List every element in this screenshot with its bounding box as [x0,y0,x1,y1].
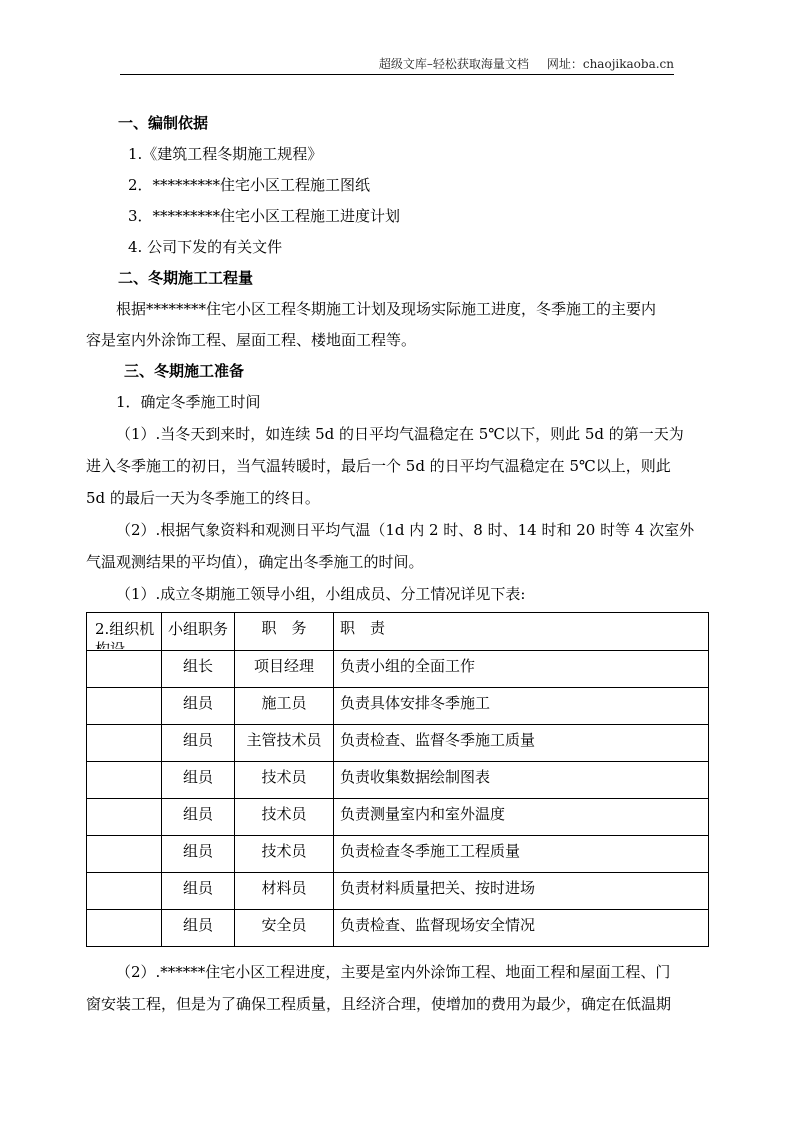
duty-cell: 负责检查、监督现场安全情况 [340,910,708,934]
role-cell: 组员 [162,873,234,897]
position-cell: 施工员 [235,688,333,712]
schedule-para-line-1: （2）.******住宅小区工程进度，主要是室内外涂饰工程、地面工程和屋面工程、… [116,962,670,982]
header-divider [120,74,674,75]
section-2-para-line-1: 根据********住宅小区工程冬期施工计划及现场实际施工进度，冬季施工的主要内 [116,299,656,319]
role-cell: 组员 [162,725,234,749]
header-cell-team-role: 小组职务 [162,613,235,651]
table-row: 组员 材料员 负责材料质量把关、按时进场 [87,873,709,910]
table-header-row: 2.组织机构设 小组职务 职 务 职 责 [87,613,709,651]
table-row: 组员 技术员 负责检查冬季施工工程质量 [87,836,709,873]
timing-para-1-line-1: （1）.当冬天到来时，如连续 5d 的日平均气温稳定在 5℃以下，则此 5d 的… [116,424,684,444]
winter-team-table: 2.组织机构设 小组职务 职 务 职 责 组长 项目经理 负责小组的全面工作 组… [86,612,709,947]
header-cell-org: 2.组织机构设 [87,613,162,651]
section-1-title: 一、编制依据 [118,113,208,133]
table-row: 组员 技术员 负责收集数据绘制图表 [87,762,709,799]
duty-cell: 负责测量室内和室外温度 [340,799,708,823]
table-row: 组员 安全员 负责检查、监督现场安全情况 [87,910,709,947]
timing-para-2-line-1: （2）.根据气象资料和观测日平均气温（1d 内 2 时、8 时、14 时和 20… [116,520,694,540]
timing-para-1-line-3: 5d 的最后一天为冬季施工的终日。 [86,488,320,508]
basis-item-3: 3．*********住宅小区工程施工进度计划 [128,206,400,226]
basis-item-4: 4. 公司下发的有关文件 [128,237,282,257]
schedule-para-line-2: 窗安装工程，但是为了确保工程质量，且经济合理，使增加的费用为最少，确定在低温期 [86,994,671,1014]
duty-cell: 负责收集数据绘制图表 [340,762,708,786]
duty-cell: 负责检查冬季施工工程质量 [340,836,708,860]
role-cell: 组员 [162,762,234,786]
basis-item-1: 1.《建筑工程冬期施工规程》 [128,144,322,164]
site-url: 网址：chaojikaoba.cn [547,57,674,71]
subsection-1-title: 1．确定冬季施工时间 [116,392,261,412]
role-cell: 组员 [162,910,234,934]
duty-cell: 负责检查、监督冬季施工质量 [340,725,708,749]
timing-para-2-line-2: 气温观测结果的平均值），确定出冬季施工的时间。 [86,552,424,572]
section-2-para-line-2: 容是室内外涂饰工程、屋面工程、楼地面工程等。 [86,330,416,350]
duty-cell: 负责材料质量把关、按时进场 [340,873,708,897]
position-cell: 安全员 [235,910,333,934]
position-cell: 材料员 [235,873,333,897]
team-intro: （1）.成立冬期施工领导小组，小组成员、分工情况详见下表: [116,584,525,604]
table-row: 组员 主管技术员 负责检查、监督冬季施工质量 [87,725,709,762]
role-cell: 组员 [162,688,234,712]
position-cell: 主管技术员 [235,725,333,749]
position-cell: 技术员 [235,836,333,860]
header-cell-position: 职 务 [235,613,334,651]
position-cell: 项目经理 [235,651,333,675]
duty-cell: 负责具体安排冬季施工 [340,688,708,712]
basis-item-2: 2．*********住宅小区工程施工图纸 [128,175,370,195]
position-cell: 技术员 [235,762,333,786]
duty-cell: 负责小组的全面工作 [340,651,708,675]
position-cell: 技术员 [235,799,333,823]
site-name: 超级文库–轻松获取海量文档 [379,57,529,71]
role-cell: 组员 [162,799,234,823]
header-cell-duty: 职 责 [334,613,709,651]
table-row: 组员 施工员 负责具体安排冬季施工 [87,688,709,725]
table-row: 组长 项目经理 负责小组的全面工作 [87,651,709,688]
timing-para-1-line-2: 进入冬季施工的初日，当气温转暖时，最后一个 5d 的日平均气温稳定在 5℃以上，… [86,456,671,476]
role-cell: 组员 [162,836,234,860]
table-row: 组员 技术员 负责测量室内和室外温度 [87,799,709,836]
page-header: 超级文库–轻松获取海量文档网址：chaojikaoba.cn [120,55,674,73]
section-3-title: 三、冬期施工准备 [124,361,244,381]
role-cell: 组长 [162,651,234,675]
section-2-title: 二、冬期施工工程量 [118,268,253,288]
